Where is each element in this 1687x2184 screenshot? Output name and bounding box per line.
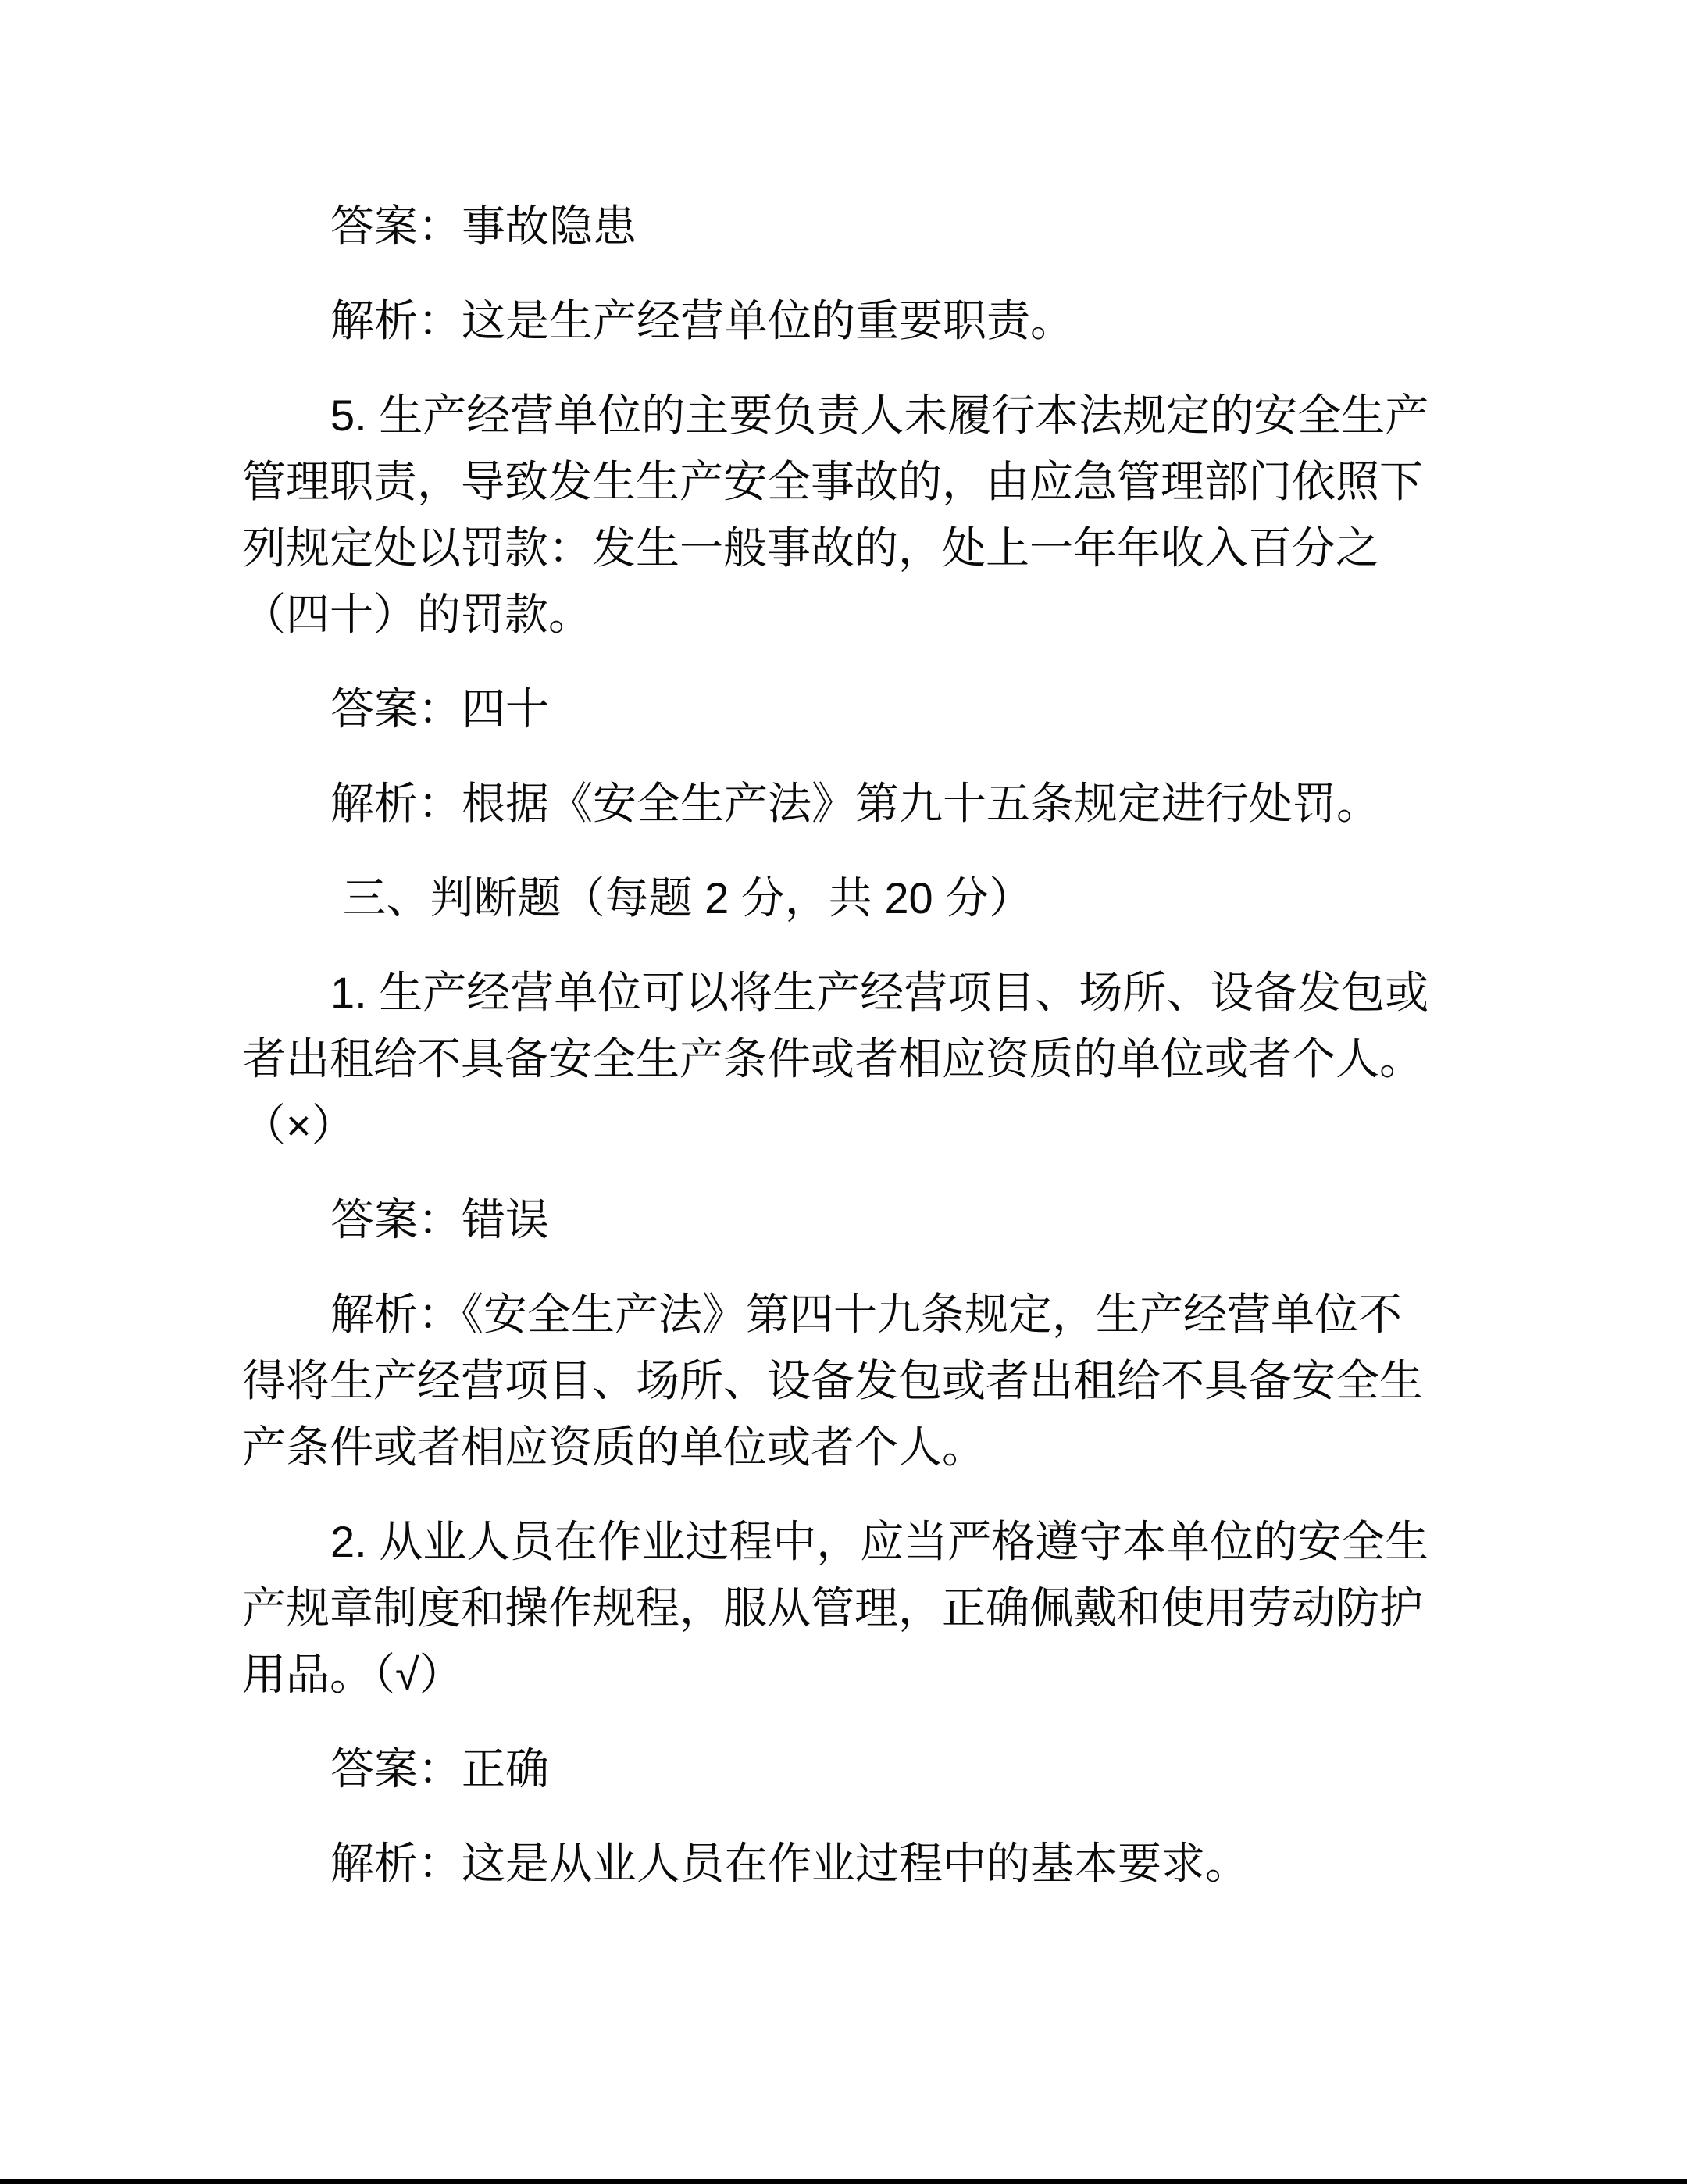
text-line: 答案：错误 xyxy=(330,1187,1507,1253)
paragraph-analysis-5: 解析：根据《安全生产法》第九十五条规定进行处罚。 xyxy=(242,770,1507,837)
text-line: 得将生产经营项目、场所、设备发包或者出租给不具备安全生 xyxy=(242,1347,1507,1414)
document-page: 答案：事故隐患 解析：这是生产经营单位的重要职责。 5. 生产经营单位的主要负责… xyxy=(0,0,1687,2184)
text-line: 列规定处以罚款：发生一般事故的，处上一年年收入百分之 xyxy=(242,515,1507,581)
text-line: 产规章制度和操作规程，服从管理，正确佩戴和使用劳动防护 xyxy=(242,1575,1507,1641)
paragraph-analysis-4: 解析：这是生产经营单位的重要职责。 xyxy=(242,287,1507,354)
section-title-line: 三、判断题（每题 2 分，共 20 分） xyxy=(330,865,1507,931)
paragraph-analysis-1: 解析：《安全生产法》第四十九条规定，生产经营单位不 得将生产经营项目、场所、设备… xyxy=(242,1281,1507,1480)
paragraph-question-5: 5. 生产经营单位的主要负责人未履行本法规定的安全生产 管理职责，导致发生生产安… xyxy=(242,382,1507,648)
paragraph-analysis-2: 解析：这是从业人员在作业过程中的基本要求。 xyxy=(242,1830,1507,1897)
section-heading-judgment: 三、判断题（每题 2 分，共 20 分） xyxy=(242,865,1507,931)
paragraph-answer-5: 答案：四十 xyxy=(242,676,1507,742)
text-line: 用品。（√） xyxy=(242,1641,1507,1708)
text-line: 者出租给不具备安全生产条件或者相应资质的单位或者个人。 xyxy=(242,1026,1507,1092)
text-line: 解析：根据《安全生产法》第九十五条规定进行处罚。 xyxy=(330,770,1507,837)
text-line: 解析：《安全生产法》第四十九条规定，生产经营单位不 xyxy=(330,1281,1507,1347)
document-body: 答案：事故隐患 解析：这是生产经营单位的重要职责。 5. 生产经营单位的主要负责… xyxy=(242,193,1507,1897)
text-line: 解析：这是生产经营单位的重要职责。 xyxy=(330,287,1507,354)
text-line: 1. 生产经营单位可以将生产经营项目、场所、设备发包或 xyxy=(330,959,1507,1026)
text-line: （四十）的罚款。 xyxy=(242,581,1507,648)
text-line: 答案：事故隐患 xyxy=(330,193,1507,259)
paragraph-answer-1: 答案：错误 xyxy=(242,1187,1507,1253)
text-line: 2. 从业人员在作业过程中，应当严格遵守本单位的安全生 xyxy=(330,1508,1507,1575)
paragraph-answer-2: 答案：正确 xyxy=(242,1736,1507,1802)
text-line: 产条件或者相应资质的单位或者个人。 xyxy=(242,1414,1507,1480)
text-line: 答案：四十 xyxy=(330,676,1507,742)
paragraph-question-1: 1. 生产经营单位可以将生产经营项目、场所、设备发包或 者出租给不具备安全生产条… xyxy=(242,959,1507,1158)
text-line: 5. 生产经营单位的主要负责人未履行本法规定的安全生产 xyxy=(330,382,1507,448)
text-line: 解析：这是从业人员在作业过程中的基本要求。 xyxy=(330,1830,1507,1897)
text-line: （×） xyxy=(242,1092,1507,1158)
text-line: 答案：正确 xyxy=(330,1736,1507,1802)
text-line: 管理职责，导致发生生产安全事故的，由应急管理部门依照下 xyxy=(242,448,1507,515)
paragraph-answer-4: 答案：事故隐患 xyxy=(242,193,1507,259)
page-bottom-divider xyxy=(0,2179,1687,2184)
paragraph-question-2: 2. 从业人员在作业过程中，应当严格遵守本单位的安全生 产规章制度和操作规程，服… xyxy=(242,1508,1507,1708)
